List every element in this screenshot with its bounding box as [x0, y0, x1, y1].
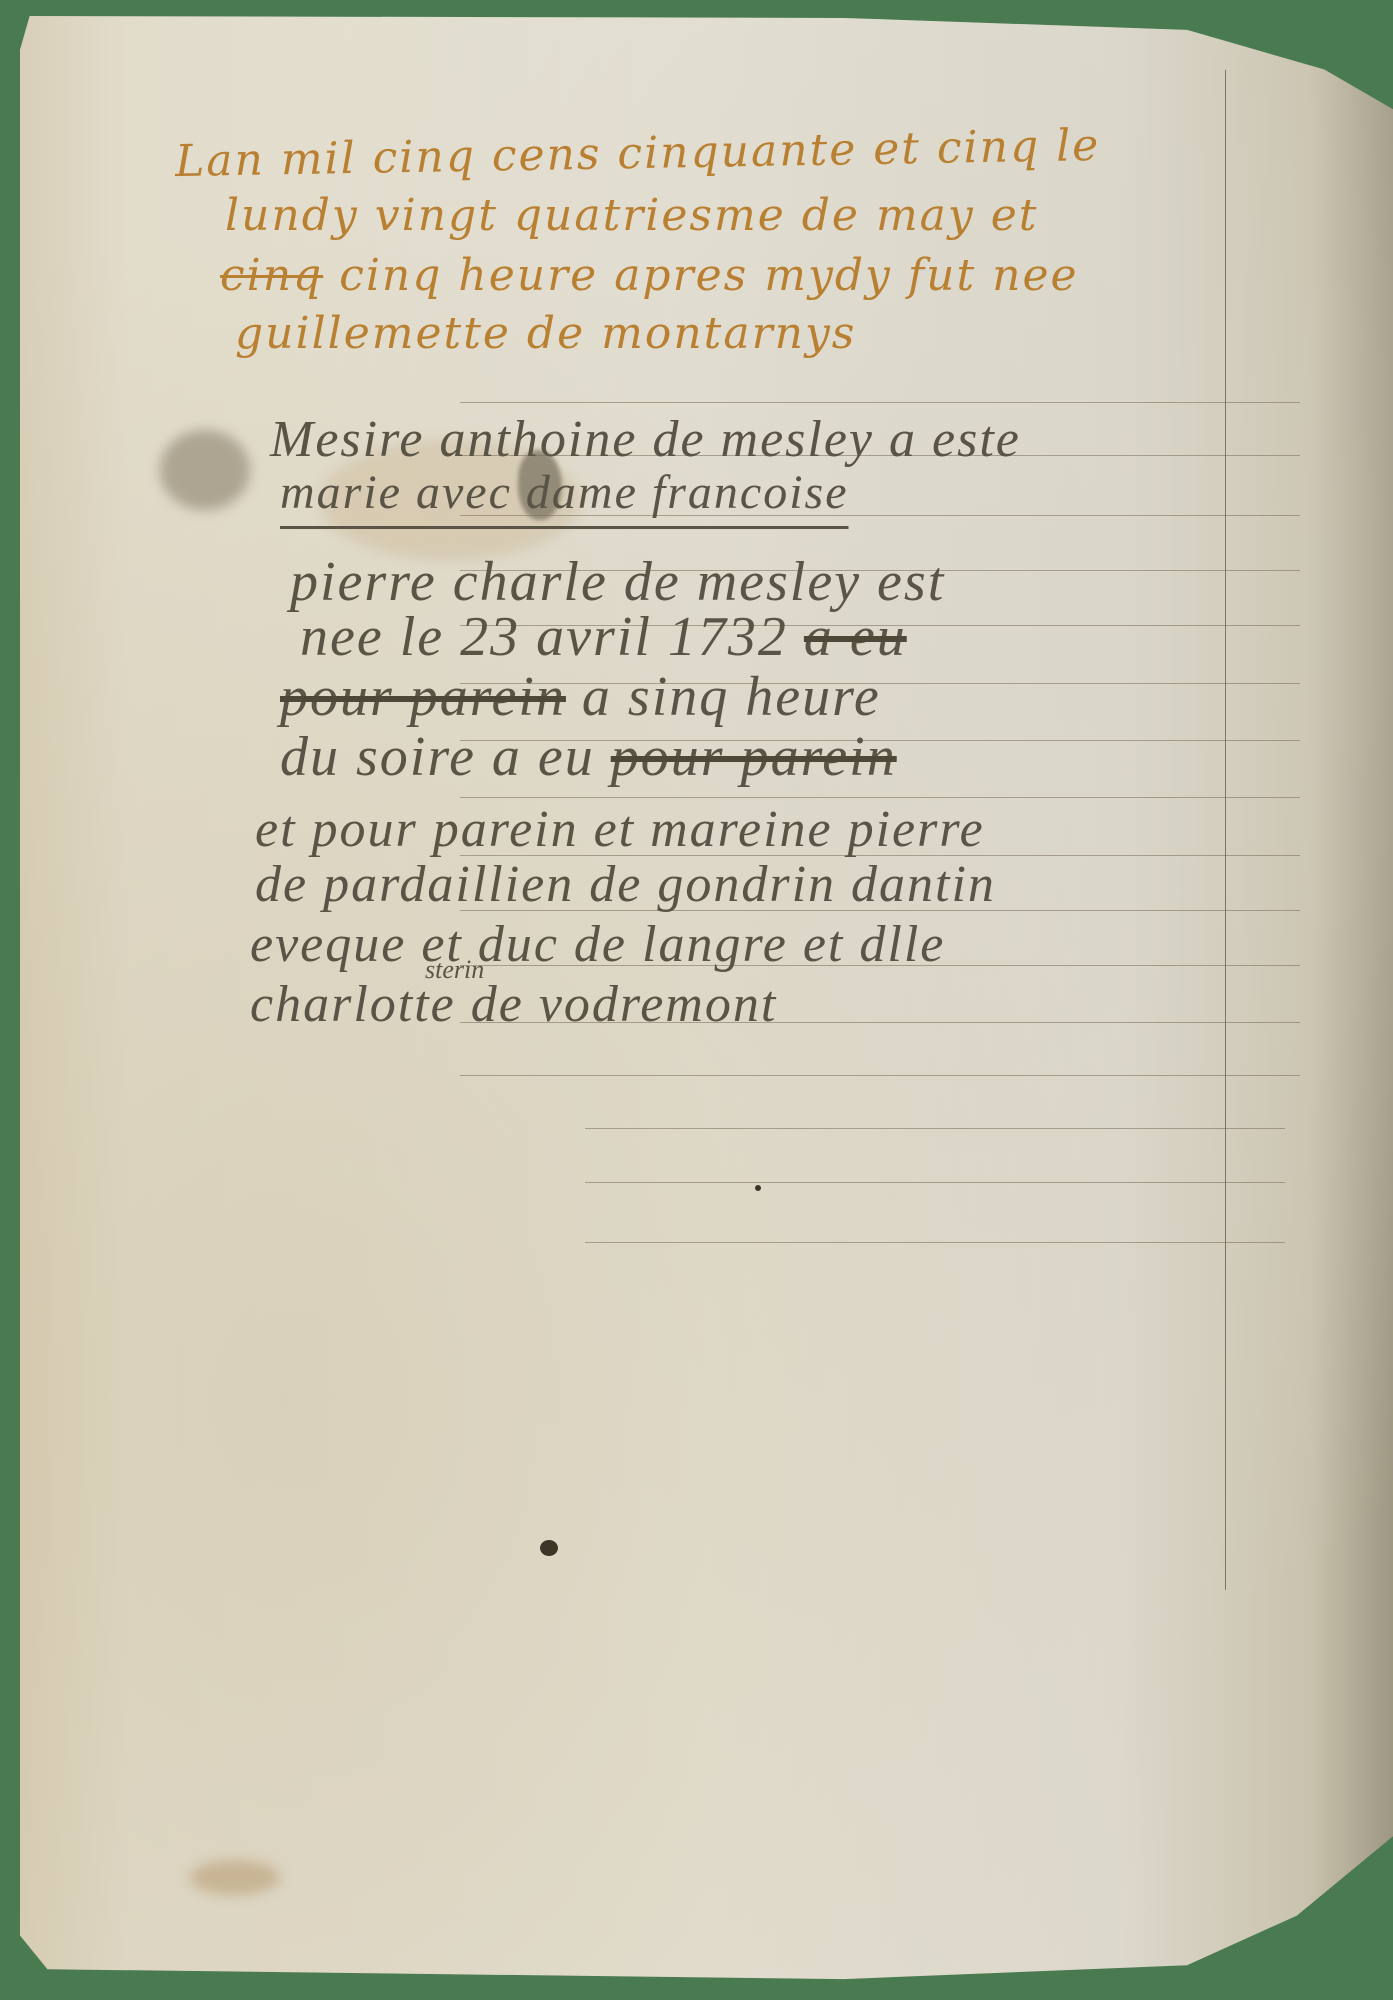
entry-line-3: pour parein a sinq heure [280, 665, 881, 729]
upper-entry-line-3: cinq cinq heure apres mydy fut nee [220, 250, 1079, 301]
upper-entry-line-4: guillemette de montarnys [235, 308, 856, 359]
entry-line-5: et pour parein et mareine pierre [255, 800, 985, 859]
header-line-1: Mesire anthoine de mesley a este [270, 410, 1021, 469]
entry-line-8: charlotte de vodremont [250, 975, 777, 1034]
ruled-line [460, 402, 1300, 403]
entry-line-4-text: du soire a eu [280, 726, 595, 788]
entry-line-4: du soire a eu pour parein [280, 725, 897, 789]
entry-line-2-text: nee le 23 avril 1732 [300, 606, 788, 668]
struck-text: pour parein [611, 726, 897, 788]
worm-hole [755, 1185, 761, 1191]
entry-line-2: nee le 23 avril 1732 a eu [300, 605, 907, 669]
header-line-2: marie avec dame francoise [280, 465, 849, 520]
ruled-line [460, 797, 1300, 798]
struck-text: pour parein [280, 666, 566, 728]
entry-line-6: de pardaillien de gondrin dantin [255, 855, 996, 914]
struck-text: a eu [804, 606, 907, 668]
entry-line-3-text: a sinq heure [582, 666, 881, 728]
ruled-line [585, 1128, 1285, 1129]
upper-entry-line-3-text: cinq heure apres mydy fut nee [339, 250, 1078, 301]
struck-word: cinq [220, 250, 323, 301]
water-stain [160, 430, 250, 510]
age-stain [190, 1860, 280, 1895]
entry-line-7: eveque et duc de langre et dlle [250, 915, 945, 974]
ruled-line [585, 1242, 1285, 1243]
margin-rule [1225, 70, 1226, 1590]
interlinear-insertion: sterin [425, 955, 484, 985]
worm-hole [540, 1540, 558, 1556]
upper-entry-line-2: lundy vingt quatriesme de may et [225, 190, 1038, 241]
ruled-line [460, 1075, 1300, 1076]
ruled-line [585, 1182, 1285, 1183]
